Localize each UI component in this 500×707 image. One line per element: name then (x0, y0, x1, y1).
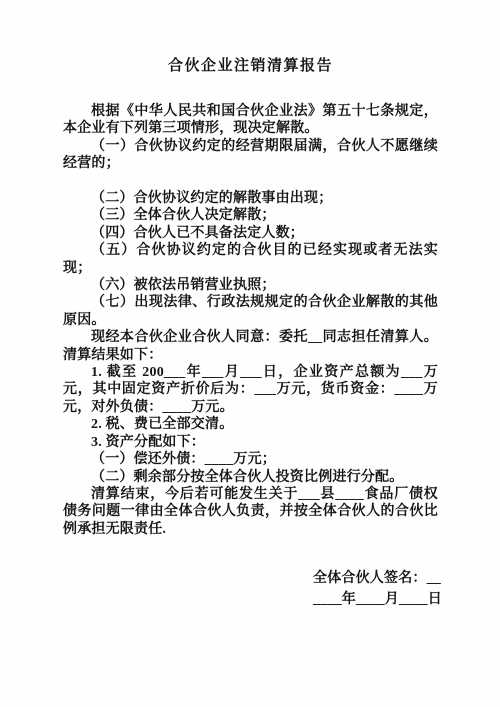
document-title: 合伙企业注销清算报告 (63, 56, 438, 76)
liquidation-result-1-assets: 1. 截至 200___年___月___日，企业资产总额为___万元，其中固定资… (63, 364, 438, 416)
para-liquidator-entrust: 现经本合伙企业合伙人同意：委托__同志担任清算人。清算结果如下： (63, 329, 438, 364)
dissolution-item-7: （七）出现法律、行政法规规定的合伙企业解散的其他原因。 (63, 294, 438, 329)
dissolution-item-1: （一）合伙协议约定的经营期限届满，合伙人不愿继续经营的； (63, 138, 438, 173)
distribution-sub-item-2: （二）剩余部分按全体合伙人投资比例进行分配。 (63, 469, 438, 486)
dissolution-item-6: （六）被依法吊销营业执照； (63, 277, 438, 294)
document-page: 合伙企业注销清算报告 根据《中华人民共和国合伙企业法》第五十七条规定，本企业有下… (0, 0, 500, 707)
liquidation-result-3-distribution: 3. 资产分配如下： (63, 434, 438, 451)
distribution-sub-item-1: （一）偿还外债：____万元； (63, 451, 438, 468)
para-closing-liability: 清算结束，今后若可能发生关于___县____食品厂债权债务问题一律由全体合伙人负… (63, 486, 438, 538)
document-body: 根据《中华人民共和国合伙企业法》第五十七条规定，本企业有下列第三项情形，现决定解… (63, 103, 438, 538)
liquidation-result-2-taxes: 2. 税、费已全部交清。 (63, 416, 438, 433)
signature-date-line: ____年____月____日 (313, 589, 438, 610)
dissolution-item-2: （二）合伙协议约定的解散事由出现； (63, 190, 438, 207)
signature-name-line: 全体合伙人签名：__ (313, 568, 438, 589)
dissolution-item-4: （四）合伙人已不具备法定人数； (63, 225, 438, 242)
para-basis: 根据《中华人民共和国合伙企业法》第五十七条规定，本企业有下列第三项情形，现决定解… (63, 103, 438, 138)
signature-block: 全体合伙人签名：__ ____年____月____日 (313, 568, 438, 610)
dissolution-item-3: （三）全体合伙人决定解散； (63, 207, 438, 224)
dissolution-item-5: （五）合伙协议约定的合伙目的已经实现或者无法实现； (63, 242, 438, 277)
